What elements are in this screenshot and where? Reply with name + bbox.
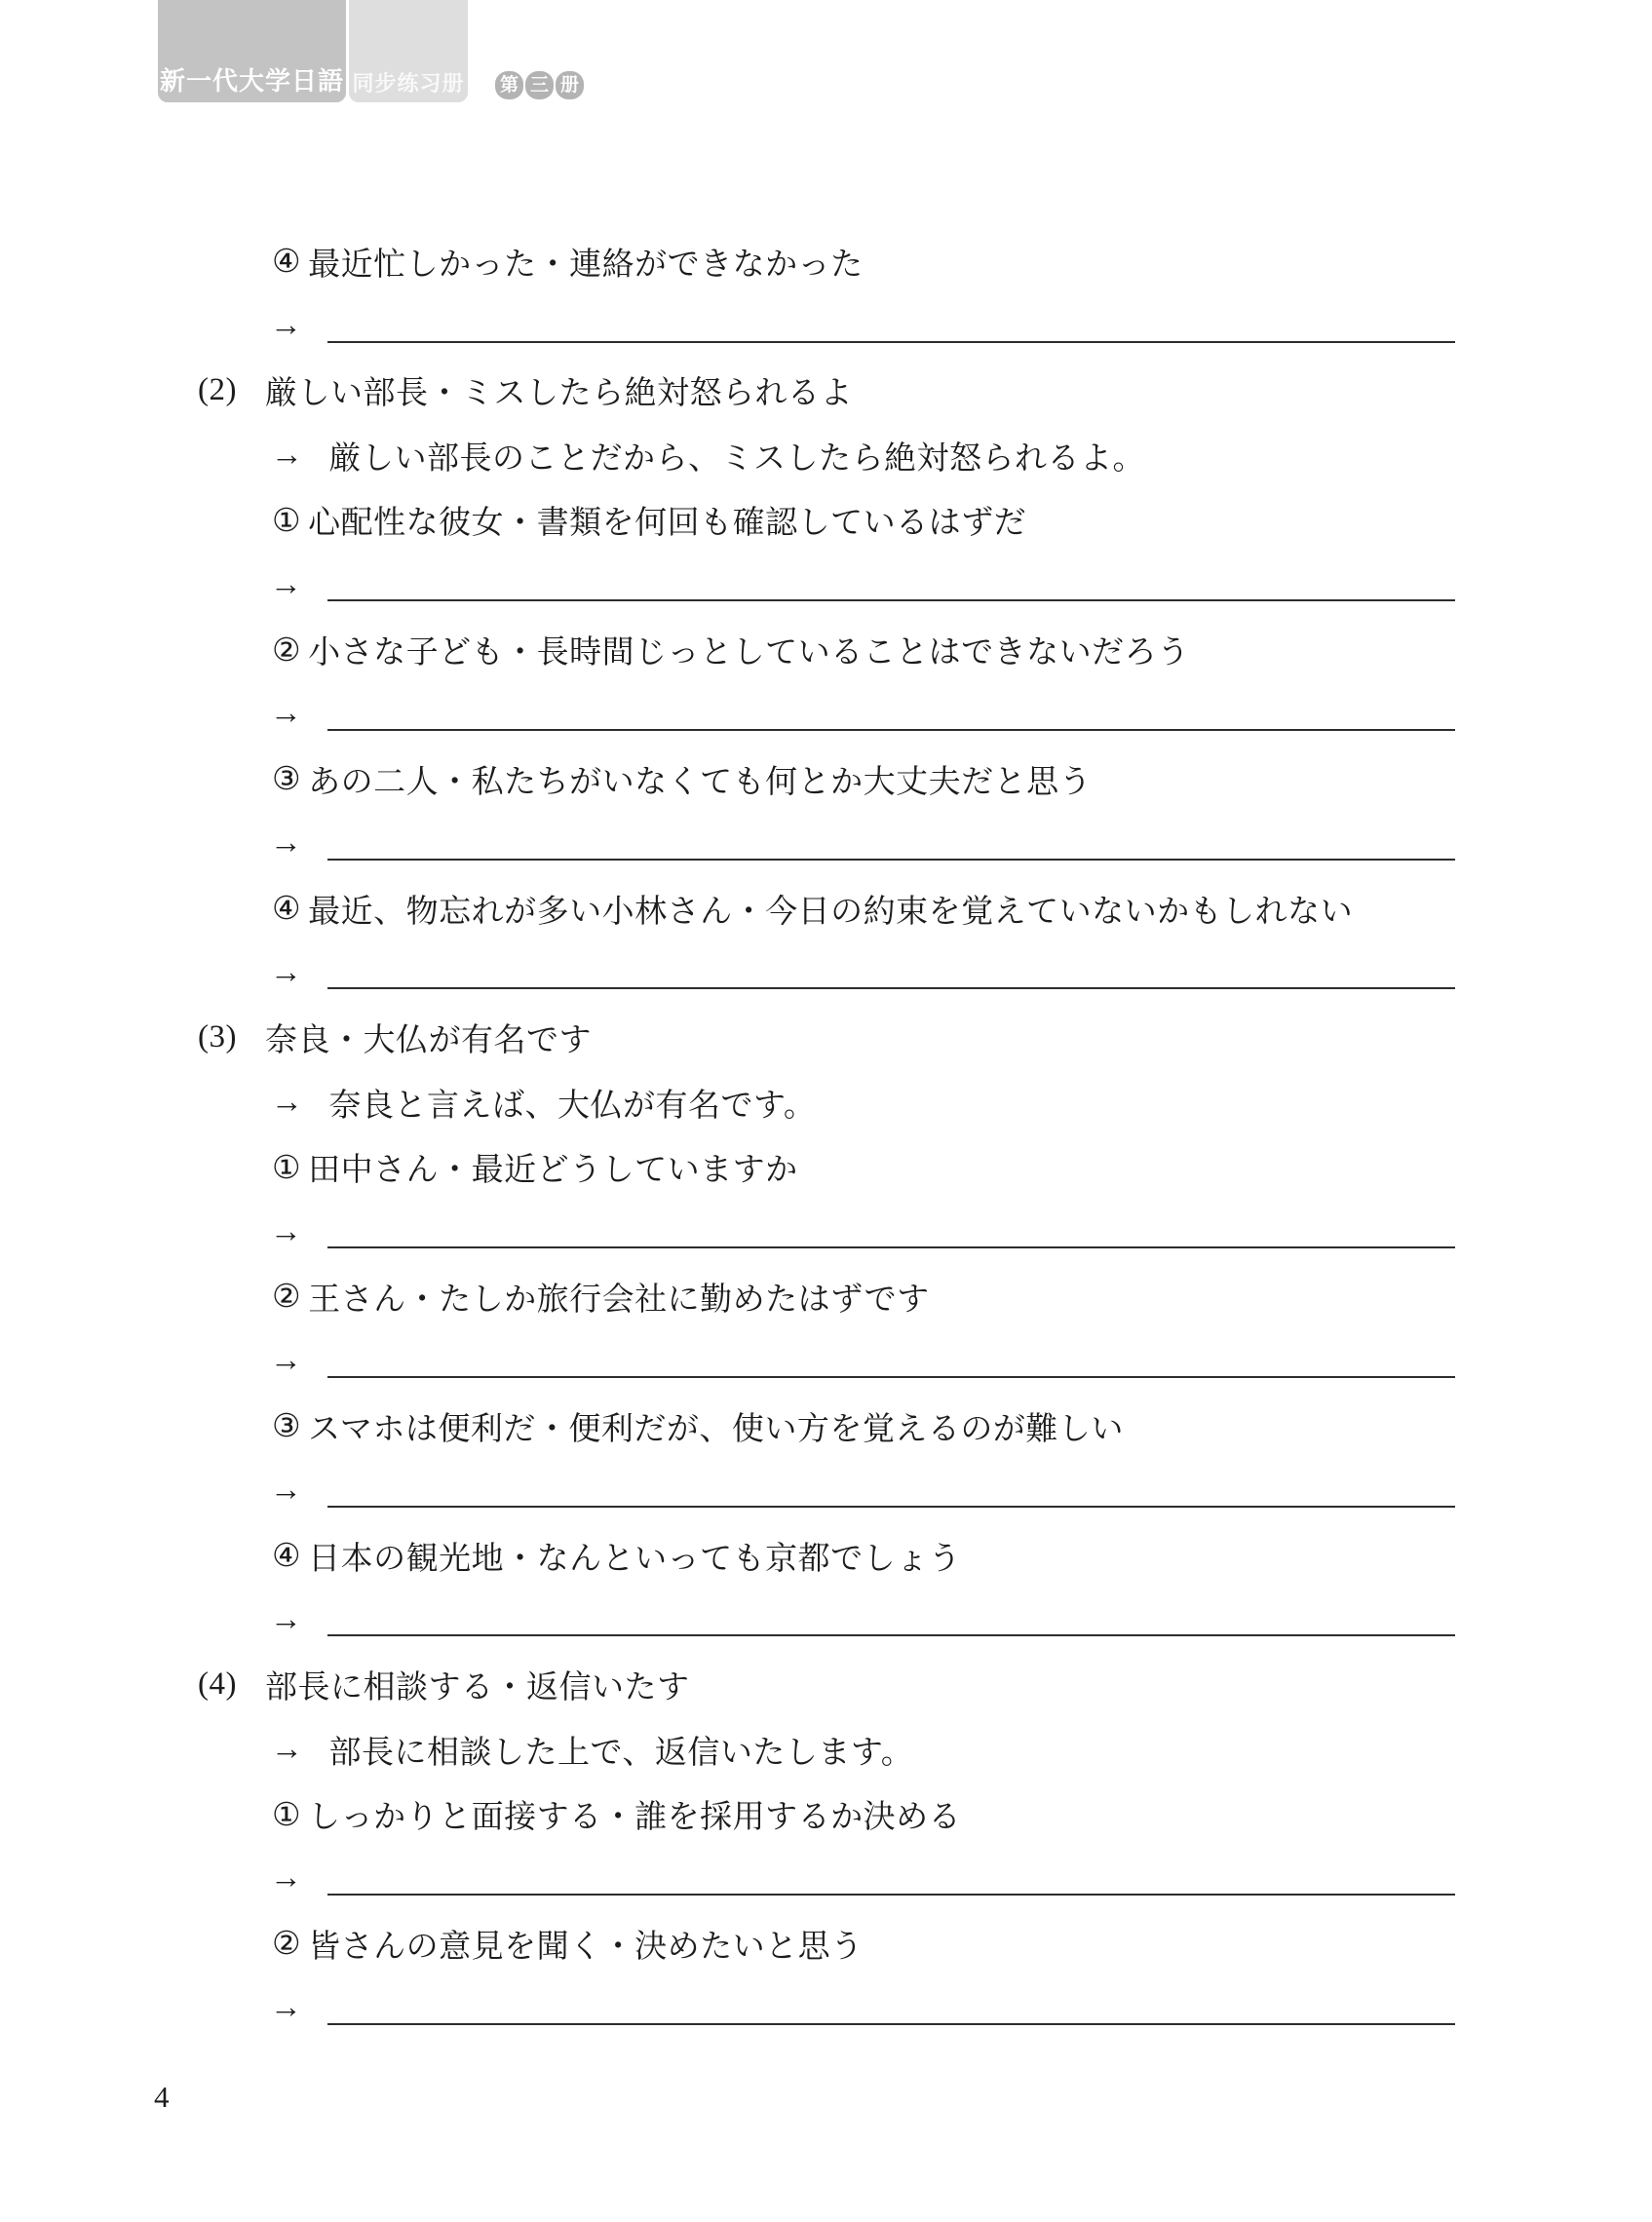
section-heading: (4)部長に相談する・返信いたす	[0, 1653, 1652, 1717]
arrow-icon: →	[271, 1085, 304, 1121]
section-text: 厳しい部長・ミスしたら絶対怒られるよ	[265, 367, 853, 413]
volume-badge-char: 三	[525, 71, 554, 99]
exercise-item: ④日本の観光地・なんといっても京都でしょう	[0, 1523, 1652, 1588]
answer-blank-row: →	[0, 1976, 1652, 2041]
item-text: スマホは便利だ・便利だが、使い方を覚えるのが難しい	[308, 1403, 1124, 1449]
item-text: あの二人・私たちがいなくても何とか大丈夫だと思う	[308, 756, 1092, 802]
answer-blank-line	[327, 1894, 1455, 1896]
volume-badge: 第三册	[495, 71, 584, 99]
item-text: 心配性な彼女・書類を何回も確認しているはずだ	[308, 497, 1026, 543]
answer-blank-line	[327, 1376, 1455, 1378]
answer-blank-line	[327, 859, 1455, 861]
answer-blank-line	[327, 729, 1455, 731]
volume-badge-char: 第	[495, 71, 523, 99]
arrow-icon: →	[270, 1990, 303, 2026]
arrow-icon: →	[271, 438, 304, 474]
item-number-icon: ①	[272, 501, 301, 540]
example-answer: →厳しい部長のことだから、ミスしたら絶対怒られるよ。	[0, 423, 1652, 487]
answer-blank-row: →	[0, 812, 1652, 876]
item-number-icon: ③	[272, 1406, 301, 1445]
section-label: (2)	[198, 372, 265, 408]
item-number-icon: ④	[272, 1536, 301, 1575]
item-number-icon: ①	[272, 1148, 301, 1187]
exercise-item: ①田中さん・最近どうしていますか	[0, 1134, 1652, 1199]
answer-blank-line	[327, 599, 1455, 601]
section-label: (3)	[198, 1019, 265, 1055]
exercise-item: ③スマホは便利だ・便利だが、使い方を覚えるのが難しい	[0, 1394, 1652, 1458]
item-number-icon: ②	[272, 1277, 301, 1316]
arrow-icon: →	[270, 955, 303, 991]
item-text: 王さん・たしか旅行会社に勤めたはずです	[308, 1274, 930, 1320]
exercise-item: ②王さん・たしか旅行会社に勤めたはずです	[0, 1264, 1652, 1328]
item-text: 小さな子ども・長時間じっとしていることはできないだろう	[308, 627, 1190, 672]
exercise-item: ②皆さんの意見を聞く・決めたいと思う	[0, 1911, 1652, 1975]
item-number-icon: ③	[272, 759, 301, 798]
exercise-content: ④最近忙しかった・連絡ができなかった→(2)厳しい部長・ミスしたら絶対怒られるよ…	[0, 229, 1652, 2041]
answer-blank-row: →	[0, 553, 1652, 617]
answer-blank-line	[327, 341, 1455, 343]
answer-blank-line	[327, 2023, 1455, 2025]
series-title-tab: 新一代大学日語	[158, 0, 346, 102]
item-text: 田中さん・最近どうしていますか	[308, 1144, 798, 1190]
book-title: 同步练习册	[352, 67, 464, 97]
item-number-icon: ②	[272, 631, 301, 670]
section-heading: (3)奈良・大仏が有名です	[0, 1006, 1652, 1070]
exercise-item: ②小さな子ども・長時間じっとしていることはできないだろう	[0, 617, 1652, 681]
arrow-icon: →	[271, 1732, 304, 1768]
item-number-icon: ①	[272, 1795, 301, 1834]
exercise-item: ④最近忙しかった・連絡ができなかった	[0, 229, 1652, 293]
section-text: 部長に相談する・返信いたす	[265, 1662, 690, 1707]
item-number-icon: ④	[272, 889, 301, 928]
book-title-tab: 同步练习册	[349, 0, 468, 102]
answer-blank-line	[327, 1246, 1455, 1248]
answer-blank-row: →	[0, 1458, 1652, 1522]
example-answer: →奈良と言えば、大仏が有名です。	[0, 1070, 1652, 1134]
answer-blank-row: →	[0, 940, 1652, 1005]
arrow-icon: →	[270, 1214, 303, 1250]
arrow-icon: →	[270, 1860, 303, 1896]
exercise-item: ④最近、物忘れが多い小林さん・今日の約束を覚えていないかもしれない	[0, 876, 1652, 940]
section-text: 奈良・大仏が有名です	[265, 1015, 592, 1060]
answer-blank-row: →	[0, 682, 1652, 747]
answer-blank-row: →	[0, 1329, 1652, 1394]
exercise-item: ①しっかりと面接する・誰を採用するか決める	[0, 1781, 1652, 1846]
arrow-icon: →	[270, 1343, 303, 1379]
example-text: 部長に相談した上で、返信いたします。	[329, 1727, 914, 1773]
answer-blank-line	[327, 987, 1455, 989]
example-text: 厳しい部長のことだから、ミスしたら絶対怒られるよ。	[329, 433, 1146, 479]
answer-blank-row: →	[0, 1588, 1652, 1652]
exercise-item: ③あの二人・私たちがいなくても何とか大丈夫だと思う	[0, 747, 1652, 811]
answer-blank-row: →	[0, 1200, 1652, 1264]
page-number: 4	[154, 2080, 170, 2115]
answer-blank-row: →	[0, 293, 1652, 358]
answer-blank-line	[327, 1634, 1455, 1636]
example-text: 奈良と言えば、大仏が有名です。	[329, 1080, 817, 1126]
workbook-page: 新一代大学日語 同步练习册 第三册 ④最近忙しかった・連絡ができなかった→(2)…	[0, 0, 1652, 2222]
answer-blank-line	[327, 1506, 1455, 1508]
item-text: 最近、物忘れが多い小林さん・今日の約束を覚えていないかもしれない	[308, 886, 1353, 932]
arrow-icon: →	[270, 1602, 303, 1638]
volume-badge-char: 册	[556, 71, 584, 99]
item-text: しっかりと面接する・誰を採用するか決める	[308, 1791, 961, 1837]
item-text: 皆さんの意見を聞く・決めたいと思う	[308, 1921, 864, 1967]
example-answer: →部長に相談した上で、返信いたします。	[0, 1717, 1652, 1781]
item-text: 日本の観光地・なんといっても京都でしょう	[308, 1533, 961, 1579]
arrow-icon: →	[270, 567, 303, 603]
section-label: (4)	[198, 1666, 265, 1703]
arrow-icon: →	[270, 308, 303, 344]
arrow-icon: →	[270, 696, 303, 732]
item-number-icon: ②	[272, 1924, 301, 1963]
item-number-icon: ④	[272, 242, 301, 281]
item-text: 最近忙しかった・連絡ができなかった	[308, 239, 864, 285]
section-heading: (2)厳しい部長・ミスしたら絶対怒られるよ	[0, 359, 1652, 423]
exercise-item: ①心配性な彼女・書類を何回も確認しているはずだ	[0, 488, 1652, 553]
arrow-icon: →	[270, 825, 303, 862]
answer-blank-row: →	[0, 1847, 1652, 1911]
series-title: 新一代大学日語	[160, 61, 344, 97]
arrow-icon: →	[270, 1473, 303, 1509]
